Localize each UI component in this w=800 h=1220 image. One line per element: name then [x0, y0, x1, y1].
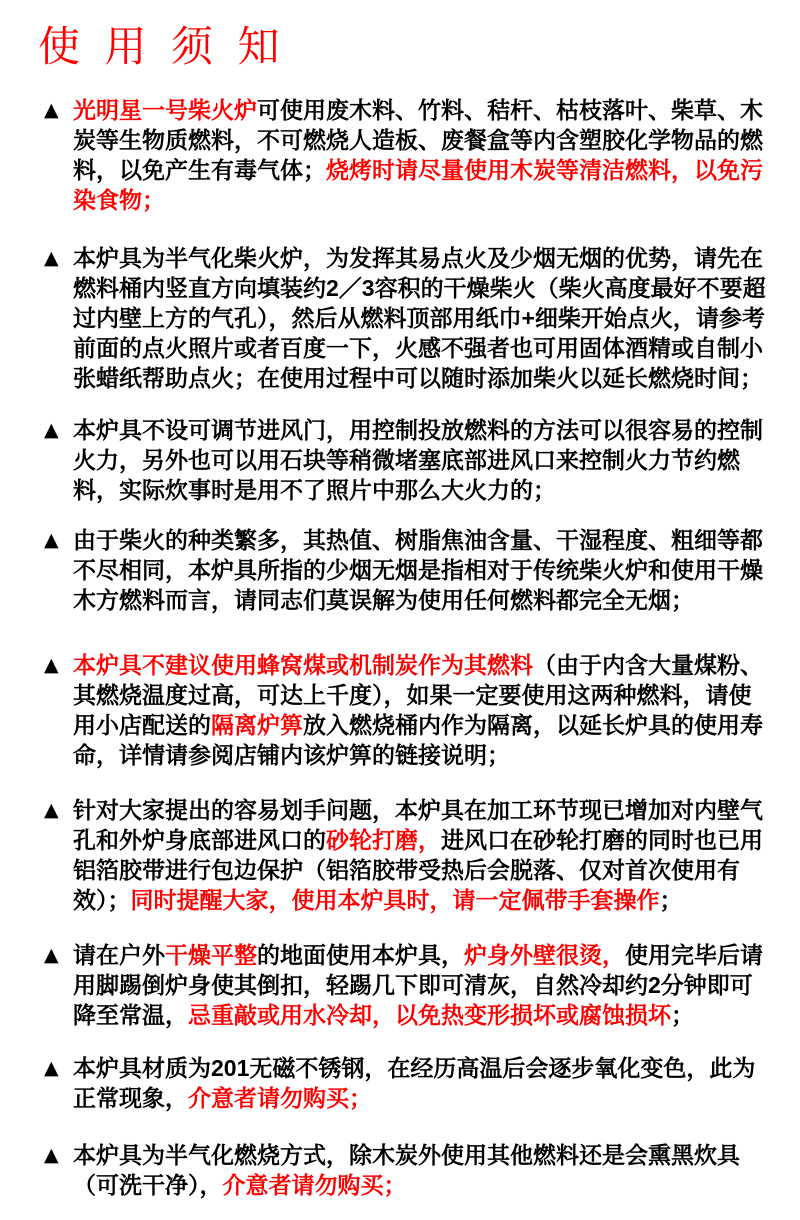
notice-text-highlight: 本炉具不建议使用蜂窝煤或机制炭作为其燃料: [73, 652, 533, 678]
bullet-triangle-icon: ▲: [44, 97, 59, 123]
notice-item: ▲光明星一号柴火炉可使用废木料、竹料、秸杆、枯枝落叶、柴草、木炭等生物质燃料，不…: [44, 95, 768, 215]
notice-text-segment: ；: [660, 887, 683, 913]
notice-item: ▲由于柴火的种类繁多，其热值、树脂焦油含量、干湿程度、粗细等都不尽相同，本炉具所…: [44, 525, 768, 615]
notice-item: ▲本炉具不设可调节进风门，用控制投放燃料的方法可以很容易的控制火力，另外也可以用…: [44, 415, 768, 505]
notice-text-segment: 请在户外: [73, 942, 165, 968]
bullet-triangle-icon: ▲: [44, 797, 59, 823]
bullet-triangle-icon: ▲: [44, 1142, 59, 1168]
notice-text-highlight: 介意者请勿购买；: [223, 1172, 407, 1198]
notice-text-highlight: 炉身外壁很烫，: [464, 942, 625, 968]
bullet-triangle-icon: ▲: [44, 245, 59, 271]
notice-text-highlight: 忌重敲或用水冷却，以免热变形损坏或腐蚀损坏: [188, 1002, 671, 1028]
notice-item: ▲请在户外干燥平整的地面使用本炉具，炉身外壁很烫，使用完毕后请用脚踢倒炉身使其倒…: [44, 940, 768, 1030]
notice-item: ▲本炉具不建议使用蜂窝煤或机制炭作为其燃料（由于内含大量煤粉、其燃烧温度过高，可…: [44, 650, 768, 770]
notice-text: 本炉具不设可调节进风门，用控制投放燃料的方法可以很容易的控制火力，另外也可以用石…: [73, 417, 763, 503]
notice-text-highlight: 光明星一号柴火炉: [73, 97, 257, 123]
bullet-triangle-icon: ▲: [44, 1055, 59, 1081]
notice-text: 针对大家提出的容易划手问题，本炉具在加工环节现已增加对内壁气孔和外炉身底部进风口…: [73, 797, 763, 913]
notice-text: 本炉具为半气化燃烧方式，除木炭外使用其他燃料还是会熏黑炊具（可洗干净），介意者请…: [73, 1142, 740, 1198]
notice-text-segment: 本炉具为半气化燃烧方式，除木炭外使用其他燃料还是会熏黑炊具（可洗干净），: [73, 1142, 740, 1198]
notice-text: 本炉具材质为201无磁不锈钢，在经历高温后会逐步氧化变色，此为正常现象，介意者请…: [73, 1055, 755, 1111]
usage-notice-document: 使 用 须 知 ▲光明星一号柴火炉可使用废木料、竹料、秸杆、枯枝落叶、柴草、木炭…: [0, 0, 800, 1220]
bullet-triangle-icon: ▲: [44, 652, 59, 678]
notice-item: ▲针对大家提出的容易划手问题，本炉具在加工环节现已增加对内壁气孔和外炉身底部进风…: [44, 795, 768, 915]
notice-text-segment: 本炉具不设可调节进风门，用控制投放燃料的方法可以很容易的控制火力，另外也可以用石…: [73, 417, 763, 503]
notice-text-highlight: 干燥平整: [165, 942, 257, 968]
notice-text-segment: ；: [671, 1002, 694, 1028]
notice-text: 由于柴火的种类繁多，其热值、树脂焦油含量、干湿程度、粗细等都不尽相同，本炉具所指…: [73, 527, 763, 613]
notice-item: ▲本炉具材质为201无磁不锈钢，在经历高温后会逐步氧化变色，此为正常现象，介意者…: [44, 1053, 768, 1113]
notice-text: 请在户外干燥平整的地面使用本炉具，炉身外壁很烫，使用完毕后请用脚踢倒炉身使其倒扣…: [73, 942, 763, 1028]
notice-text-segment: 本炉具为半气化柴火炉，为发挥其易点火及少烟无烟的优势，请先在燃料桶内竖直方向填装…: [73, 245, 766, 391]
notice-text: 光明星一号柴火炉可使用废木料、竹料、秸杆、枯枝落叶、柴草、木炭等生物质燃料，不可…: [73, 97, 763, 213]
bullet-triangle-icon: ▲: [44, 417, 59, 443]
notice-item: ▲本炉具为半气化燃烧方式，除木炭外使用其他燃料还是会熏黑炊具（可洗干净），介意者…: [44, 1140, 768, 1200]
bullet-triangle-icon: ▲: [44, 942, 59, 968]
notice-text-highlight: 砂轮打磨，: [326, 827, 441, 853]
notice-text-segment: 本炉具材质为201无磁不锈钢，在经历高温后会逐步氧化变色，此为正常现象，: [73, 1055, 755, 1111]
notice-text-segment: 由于柴火的种类繁多，其热值、树脂焦油含量、干湿程度、粗细等都不尽相同，本炉具所指…: [73, 527, 763, 613]
notice-text-highlight: 介意者请勿购买；: [188, 1085, 372, 1111]
notice-text-highlight: 隔离炉箅: [211, 712, 303, 738]
notice-text-segment: 的地面使用本炉具，: [257, 942, 464, 968]
notice-text: 本炉具为半气化柴火炉，为发挥其易点火及少烟无烟的优势，请先在燃料桶内竖直方向填装…: [73, 245, 766, 391]
notice-text-highlight: 同时提醒大家，使用本炉具时，请一定佩带手套操作: [131, 887, 660, 913]
notice-item: ▲本炉具为半气化柴火炉，为发挥其易点火及少烟无烟的优势，请先在燃料桶内竖直方向填…: [44, 243, 768, 393]
bullet-triangle-icon: ▲: [44, 527, 59, 553]
page-title: 使 用 须 知: [38, 22, 287, 75]
notice-text: 本炉具不建议使用蜂窝煤或机制炭作为其燃料（由于内含大量煤粉、其燃烧温度过高，可达…: [73, 652, 763, 768]
